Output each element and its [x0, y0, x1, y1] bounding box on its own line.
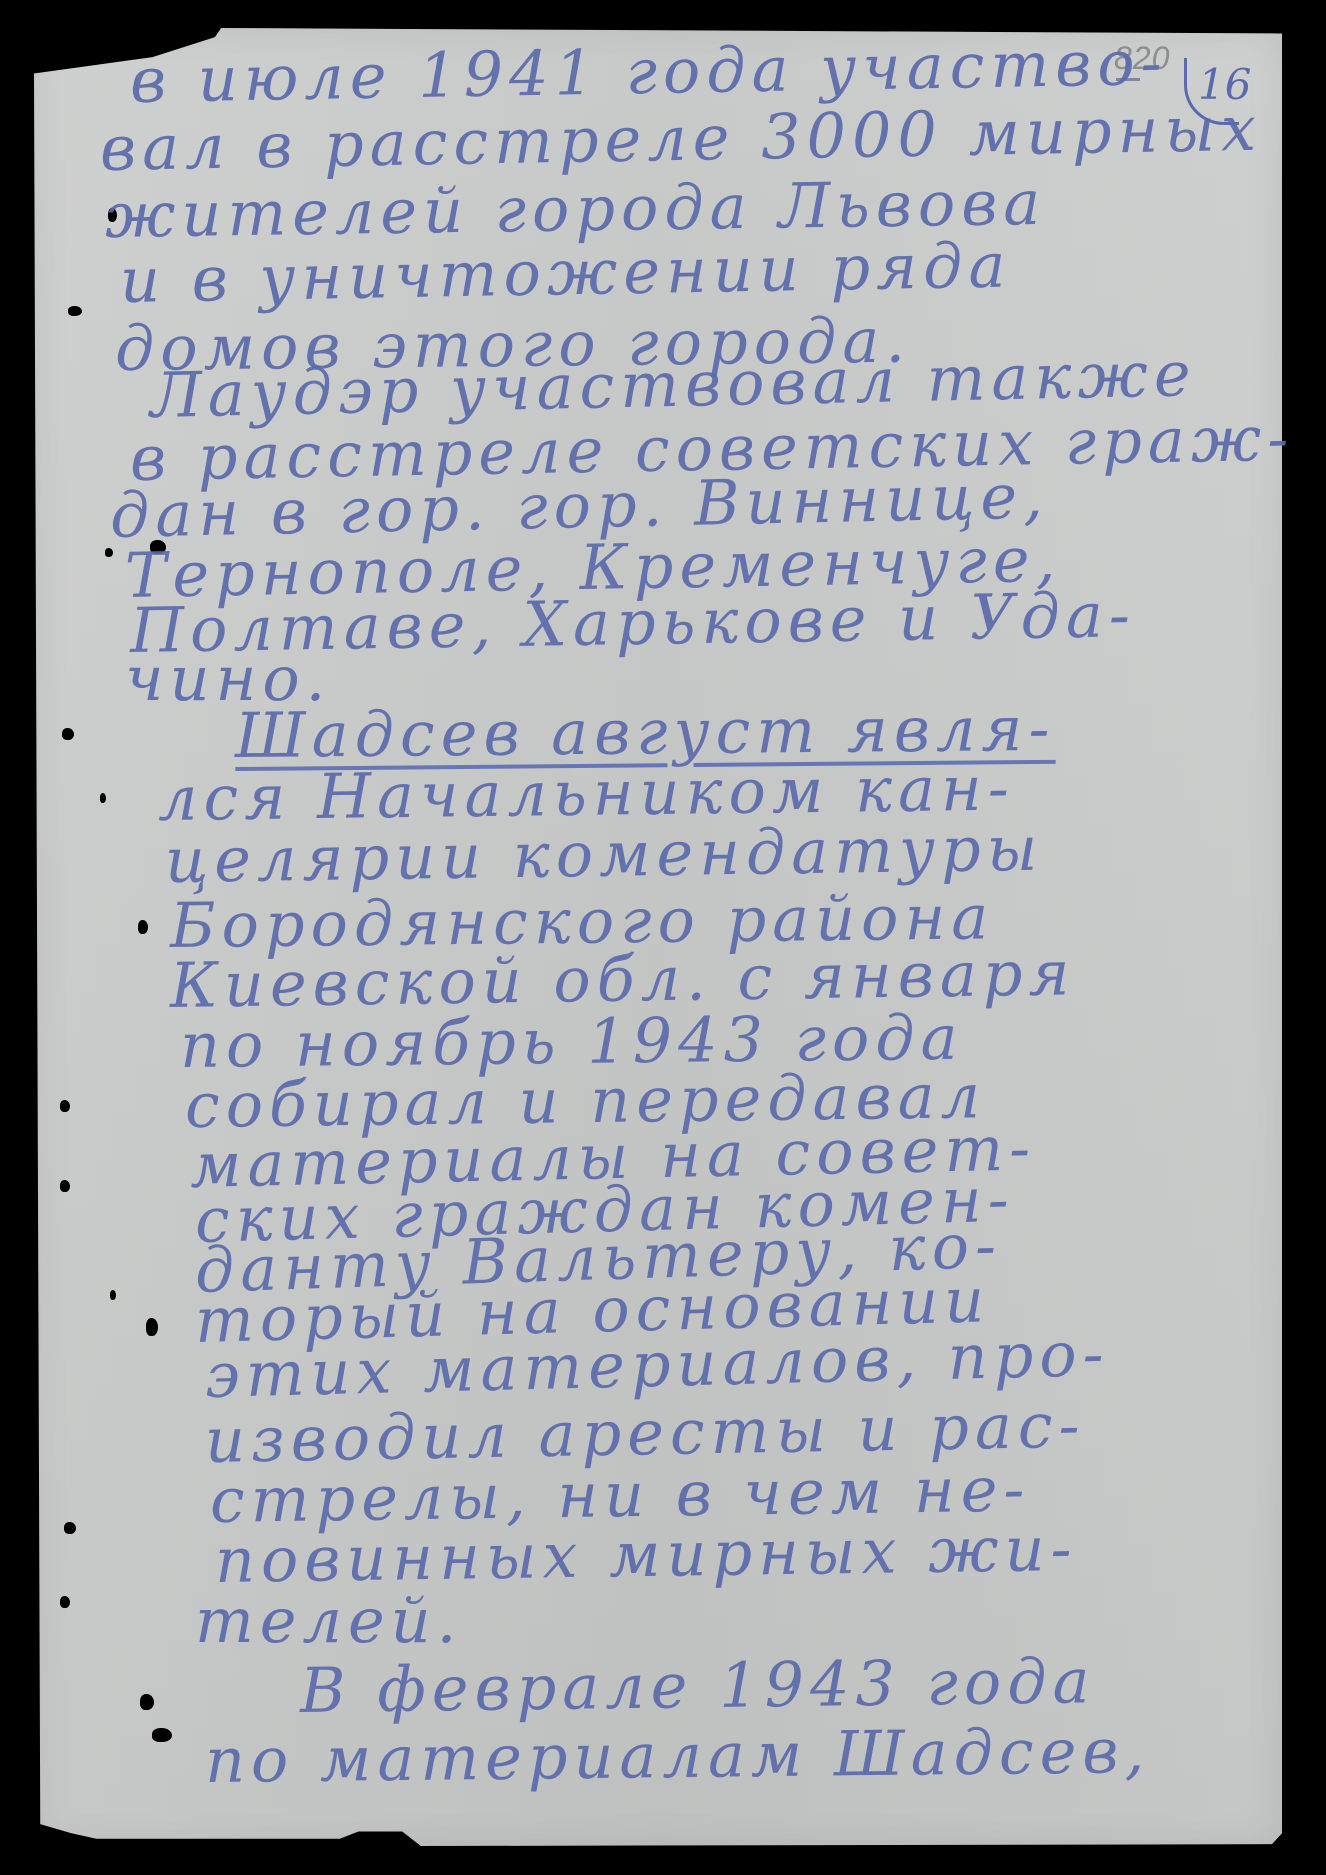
punch-hole — [62, 728, 74, 740]
punch-hole — [60, 1180, 70, 1192]
punch-hole — [152, 1728, 172, 1742]
punch-hole — [100, 793, 106, 803]
handwritten-line: и в уничтожении ряда — [119, 234, 1011, 312]
handwritten-line: В феврале 1943 года — [300, 1650, 1096, 1722]
punch-hole — [60, 1100, 70, 1112]
punch-hole — [138, 920, 148, 934]
handwritten-line: телей. — [195, 1590, 462, 1652]
punch-hole — [64, 1522, 76, 1534]
punch-hole — [68, 306, 82, 316]
handwritten-line: вал в расстреле 3000 мирных — [99, 98, 1262, 180]
punch-hole — [140, 1694, 154, 1710]
punch-hole — [146, 1318, 158, 1336]
handwritten-line: повинных мирных жи- — [215, 1518, 1078, 1592]
punch-hole — [110, 1290, 116, 1300]
punch-hole — [60, 1596, 70, 1608]
handwritten-line: по материалам Шадсев, — [205, 1720, 1151, 1792]
